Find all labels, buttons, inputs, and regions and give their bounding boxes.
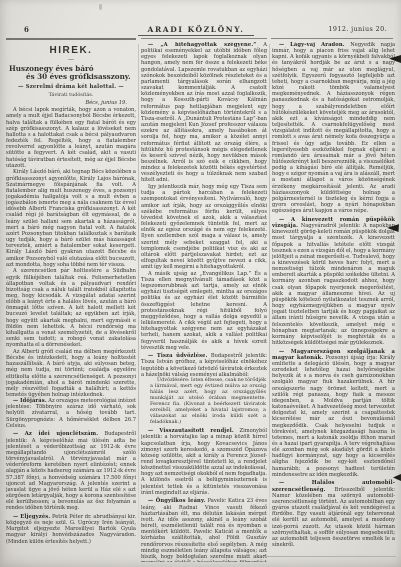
news-paragraph: — „A hitehagyottak szégyene.” A politika… bbox=[141, 42, 267, 184]
news-paragraph: Király László báró, aki tegnap Bécs köze… bbox=[6, 169, 136, 268]
news-item-lead: — Eljegyzés. bbox=[13, 514, 50, 520]
fold-line bbox=[262, 556, 396, 557]
news-item: — Öngyilkos leány. Pavelic Katica 23 éve… bbox=[141, 498, 267, 562]
news-item-lead: — Halálos automobil-szerencsétlenség. bbox=[272, 480, 395, 492]
news-item-lead: — A kinevezett román püspökök vizsgája. bbox=[272, 217, 395, 229]
news-item: — Visszautasított rendjel. Zimonyból jel… bbox=[141, 428, 267, 496]
news-paragraph: — Eljegyzés. Petrik Péter dr. abrudbánya… bbox=[6, 514, 136, 545]
news-item-lead: — Lágy-vaj Aradon. bbox=[279, 42, 345, 48]
scan-speck bbox=[99, 4, 102, 10]
issue-date: 1912. junius 20. bbox=[328, 25, 387, 33]
news-item: — Halálos automobil-szerencsétlenség. Br… bbox=[272, 480, 395, 548]
header-rule-right bbox=[271, 38, 393, 39]
news-paragraph: — Lágy-vaj Aradon. Negyedik napja immár,… bbox=[272, 42, 395, 214]
header-rule-left bbox=[6, 38, 136, 40]
news-item: — Lágy-vaj Aradon. Negyedik napja immár,… bbox=[272, 42, 395, 214]
news-item: — Tisza üdvözlése. Budapestről jelentik:… bbox=[141, 353, 267, 425]
column-rule-1 bbox=[138, 44, 139, 554]
news-item: — Az idei ujonclétszám. Budapestről jele… bbox=[6, 431, 136, 511]
page-number: 6 bbox=[24, 25, 29, 34]
wire-note: Távirati tudósítás. bbox=[6, 92, 136, 98]
news-item: — Magyarországon szolgáljanak a magyar k… bbox=[272, 349, 395, 478]
news-item: — „A hitehagyottak szégyene.” A politika… bbox=[141, 42, 267, 351]
news-item: — Időjárás. Az országos meteorológiai in… bbox=[6, 398, 136, 429]
headline-line-2: és 30 éves grófkisasszony. bbox=[9, 73, 136, 81]
news-item-lead: — Öngyilkos leány. bbox=[148, 498, 205, 504]
newspaper-page: 6 ARADI KÖZLÖNY. 1912. junius 20. HIREK.… bbox=[0, 0, 401, 567]
header-rule-middle bbox=[141, 38, 267, 39]
column-right: — Lágy-vaj Aradon. Negyedik napja immár,… bbox=[272, 42, 395, 562]
news-item-lead: — Időjárás. bbox=[13, 398, 47, 404]
column-layout: HIREK. — Huszonegy éves báró és 30 éves … bbox=[6, 42, 395, 562]
news-item: — A kinevezett román püspökök vizsgája. … bbox=[272, 217, 395, 346]
column-middle: — „A hitehagyottak szégyene.” A politika… bbox=[141, 42, 267, 562]
left-column-items: — Időjárás. Az országos meteorológiai in… bbox=[6, 398, 136, 545]
right-column-items: — Lágy-vaj Aradon. Negyedik napja immár,… bbox=[272, 42, 395, 548]
masthead-title: ARADI KÖZLÖNY. bbox=[138, 25, 255, 36]
section-divider: — bbox=[6, 57, 136, 63]
column-left: HIREK. — Huszonegy éves báró és 30 éves … bbox=[6, 42, 136, 562]
news-paragraph: — Tisza üdvözlése. Budapestről jelentik:… bbox=[141, 353, 267, 378]
news-paragraph: — Magyarországon szolgáljanak a magyar k… bbox=[272, 349, 395, 478]
left-column-story: A bécsi lapok megírták, hogy azon a vona… bbox=[6, 107, 136, 398]
news-paragraph: A bécsi lapok megírták, hogy azon a vona… bbox=[6, 107, 136, 169]
news-paragraph: — A kinevezett román püspökök vizsgája. … bbox=[272, 217, 395, 346]
lead-story-headline: Huszonegy éves báró és 30 éves grófkisas… bbox=[6, 65, 136, 82]
news-paragraph: Igy jelentkezik már, hogy még egy Tisza … bbox=[141, 184, 267, 270]
column-rule-2 bbox=[269, 44, 270, 554]
news-paragraph: Üdvözlésére: Isten éltesse, csak ne törő… bbox=[150, 378, 266, 425]
news-item-lead: — Magyarországon szolgáljanak a magyar k… bbox=[272, 349, 395, 361]
news-item-lead: — Tisza üdvözlése. bbox=[148, 353, 208, 359]
news-paragraph: Az Alberti grófi család ma délben megérk… bbox=[6, 349, 136, 398]
news-item-lead: — Az idei ujonclétszám. bbox=[13, 431, 98, 437]
news-paragraph: A szerencsétlen pár holttestére a Südbah… bbox=[6, 268, 136, 348]
news-paragraph: — Az idei ujonclétszám. Budapestről jele… bbox=[6, 431, 136, 511]
page-header: 6 ARADI KÖZLÖNY. 1912. junius 20. bbox=[6, 24, 393, 37]
news-paragraph: — Visszautasított rendjel. Zimonyból jel… bbox=[141, 428, 267, 496]
lead-story-subhead: — Szerelmi dráma két halottal. — bbox=[6, 84, 136, 90]
news-paragraph: — Öngyilkos leány. Pavelic Katica 23 éve… bbox=[141, 498, 267, 562]
middle-column-items: — „A hitehagyottak szégyene.” A politika… bbox=[141, 42, 267, 562]
news-paragraph: — Időjárás. Az országos meteorológiai in… bbox=[6, 398, 136, 429]
news-item: — Eljegyzés. Petrik Péter dr. abrudbánya… bbox=[6, 514, 136, 545]
news-paragraph: — Halálos automobil-szerencsétlenség. Br… bbox=[272, 480, 395, 548]
section-title: HIREK. bbox=[6, 45, 136, 56]
news-item-lead: — „A hitehagyottak szégyene.” bbox=[148, 42, 256, 48]
news-paragraph: A másik ujság az „Evangélikus Lap.” És a… bbox=[141, 271, 267, 351]
dateline: Bécs, junius 19. bbox=[6, 100, 136, 106]
news-item: A bécsi lapok megírták, hogy azon a vona… bbox=[6, 107, 136, 398]
news-item-lead: — Visszautasított rendjel. bbox=[148, 428, 234, 434]
